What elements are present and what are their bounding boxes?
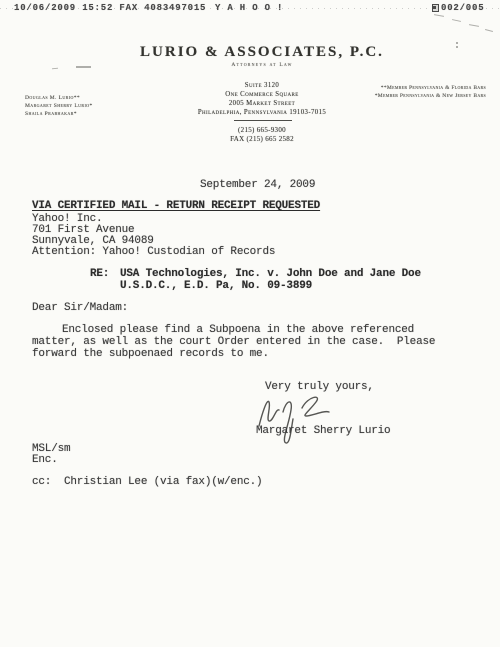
scan-artifact [434,14,444,17]
letterhead-divider-rule [234,120,292,121]
fax-page-count: 002/005 [441,3,484,13]
fax-number: 4083497015 [144,3,206,13]
scan-artifact [469,24,479,27]
fax-label: FAX [119,3,138,13]
fax-sender-id: Y A H O O ! [215,3,283,13]
re-docket-number: U.S.D.C., E.D. Pa, No. 09-3899 [120,280,312,292]
fax-scan-page: 10/06/2009 15:52 FAX 4083497015 Y A H O … [0,0,500,647]
delivery-method-line: VIA CERTIFIED MAIL - RETURN RECEIPT REQU… [32,200,320,212]
enclosure-note: Enc. [32,454,58,466]
scan-artifact [485,29,493,32]
re-label: RE: [90,268,109,280]
fax-page-icon [432,4,439,12]
scan-artifact [452,19,461,22]
letterhead-fax-number: FAX (215) 665 2582 [24,135,500,143]
address-line-city: Philadelphia, Pennsylvania 19103-7015 [24,108,500,117]
phone-number: (215) 665-9300 [24,126,500,134]
recipient-attention: Attention: Yahoo! Custodian of Records [32,246,275,258]
body-line-3: forward the subpoenaed records to me. [32,348,269,360]
firm-name: LURIO & ASSOCIATES, P.C. [24,44,500,61]
address-line-building: One Commerce Square [24,90,500,99]
fax-header-left: 10/06/2009 15:52 FAX 4083497015 [14,3,206,13]
body-line-2: matter, as well as the court Order enter… [32,336,435,348]
signer-typed-name: Margaret Sherry Lurio [256,425,390,437]
signature-scribble [252,388,347,446]
address-line-street: 2005 Market Street [24,99,500,108]
address-line-suite: Suite 3120 [24,81,500,90]
letter-date: September 24, 2009 [200,179,315,191]
cc-line: cc: Christian Lee (via fax)(w/enc.) [32,476,262,488]
fax-datetime: 10/06/2009 15:52 [14,3,113,13]
salutation: Dear Sir/Madam: [32,302,128,314]
body-line-1: Enclosed please find a Subpoena in the a… [62,324,414,336]
re-case-caption: USA Technologies, Inc. v. John Doe and J… [120,268,421,280]
firm-tagline: Attorneys at Law [24,62,500,68]
